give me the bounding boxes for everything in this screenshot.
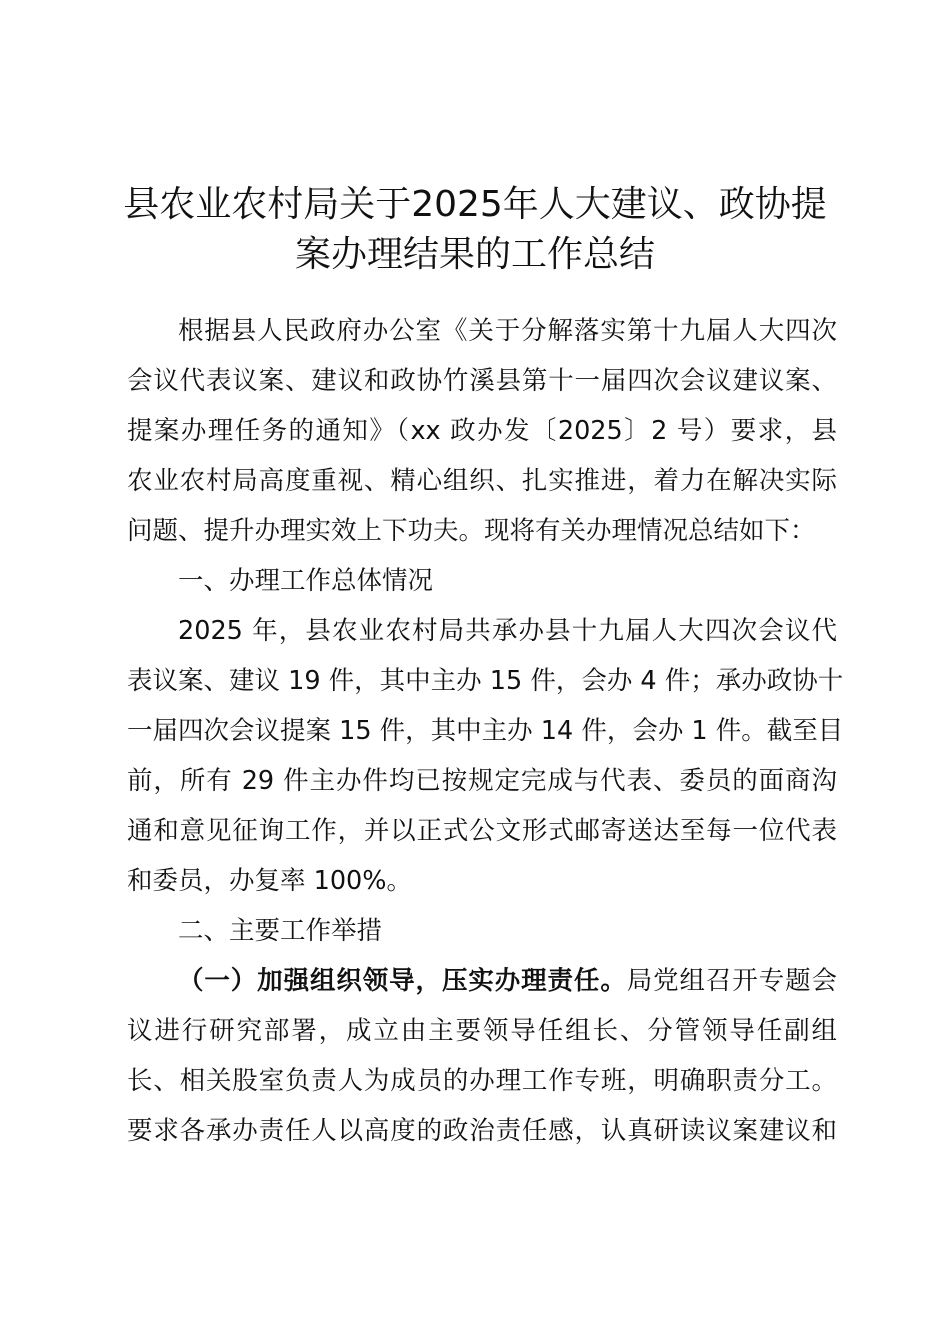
section-1-line-3: 一届四次会议提案 15 件，其中主办 14 件，会办 1 件。截至目 — [127, 706, 837, 756]
section-2-heading: 二、主要工作举措 — [127, 906, 837, 956]
document-body: 根据县人民政府办公室《关于分解落实第十九届人大四次 会议代表议案、建议和政协竹溪… — [127, 306, 837, 1156]
intro-line-2: 会议代表议案、建议和政协竹溪县第十一届四次会议建议案、 — [127, 356, 837, 406]
subsection-1-bold-lead: （一）加强组织领导，压实办理责任。 — [178, 966, 627, 996]
subsection-1-first-line-rest: 局党组召开专题会 — [627, 966, 837, 996]
title-line-1: 县农业农村局关于2025年人大建议、政协提 — [100, 180, 850, 230]
section-1-line-5: 通和意见征询工作，并以正式公文形式邮寄送达至每一位代表 — [127, 806, 837, 856]
section-1-line-6: 和委员，办复率 100%。 — [127, 856, 837, 906]
intro-line-3: 提案办理任务的通知》（xx 政办发〔2025〕2 号）要求，县 — [127, 406, 837, 456]
section-1-line-4: 前，所有 29 件主办件均已按规定完成与代表、委员的面商沟 — [127, 756, 837, 806]
document-page: 县农业农村局关于2025年人大建议、政协提 案办理结果的工作总结 根据县人民政府… — [0, 0, 950, 1344]
subsection-1-line-3: 长、相关股室负责人为成员的办理工作专班，明确职责分工。 — [127, 1056, 837, 1106]
intro-line-1: 根据县人民政府办公室《关于分解落实第十九届人大四次 — [127, 306, 837, 356]
subsection-1-line-1: （一）加强组织领导，压实办理责任。局党组召开专题会 — [127, 956, 837, 1006]
section-1-heading: 一、办理工作总体情况 — [127, 556, 837, 606]
document-title: 县农业农村局关于2025年人大建议、政协提 案办理结果的工作总结 — [100, 180, 850, 280]
subsection-1-line-2: 议进行研究部署，成立由主要领导任组长、分管领导任副组 — [127, 1006, 837, 1056]
intro-line-4: 农业农村局高度重视、精心组织、扎实推进，着力在解决实际 — [127, 456, 837, 506]
section-1-line-2: 表议案、建议 19 件，其中主办 15 件，会办 4 件；承办政协十 — [127, 656, 837, 706]
subsection-1-line-4: 要求各承办责任人以高度的政治责任感，认真研读议案建议和 — [127, 1106, 837, 1156]
title-line-2: 案办理结果的工作总结 — [100, 230, 850, 280]
section-1-line-1: 2025 年，县农业农村局共承办县十九届人大四次会议代 — [127, 606, 837, 656]
intro-line-5: 问题、提升办理实效上下功夫。现将有关办理情况总结如下： — [127, 506, 837, 556]
